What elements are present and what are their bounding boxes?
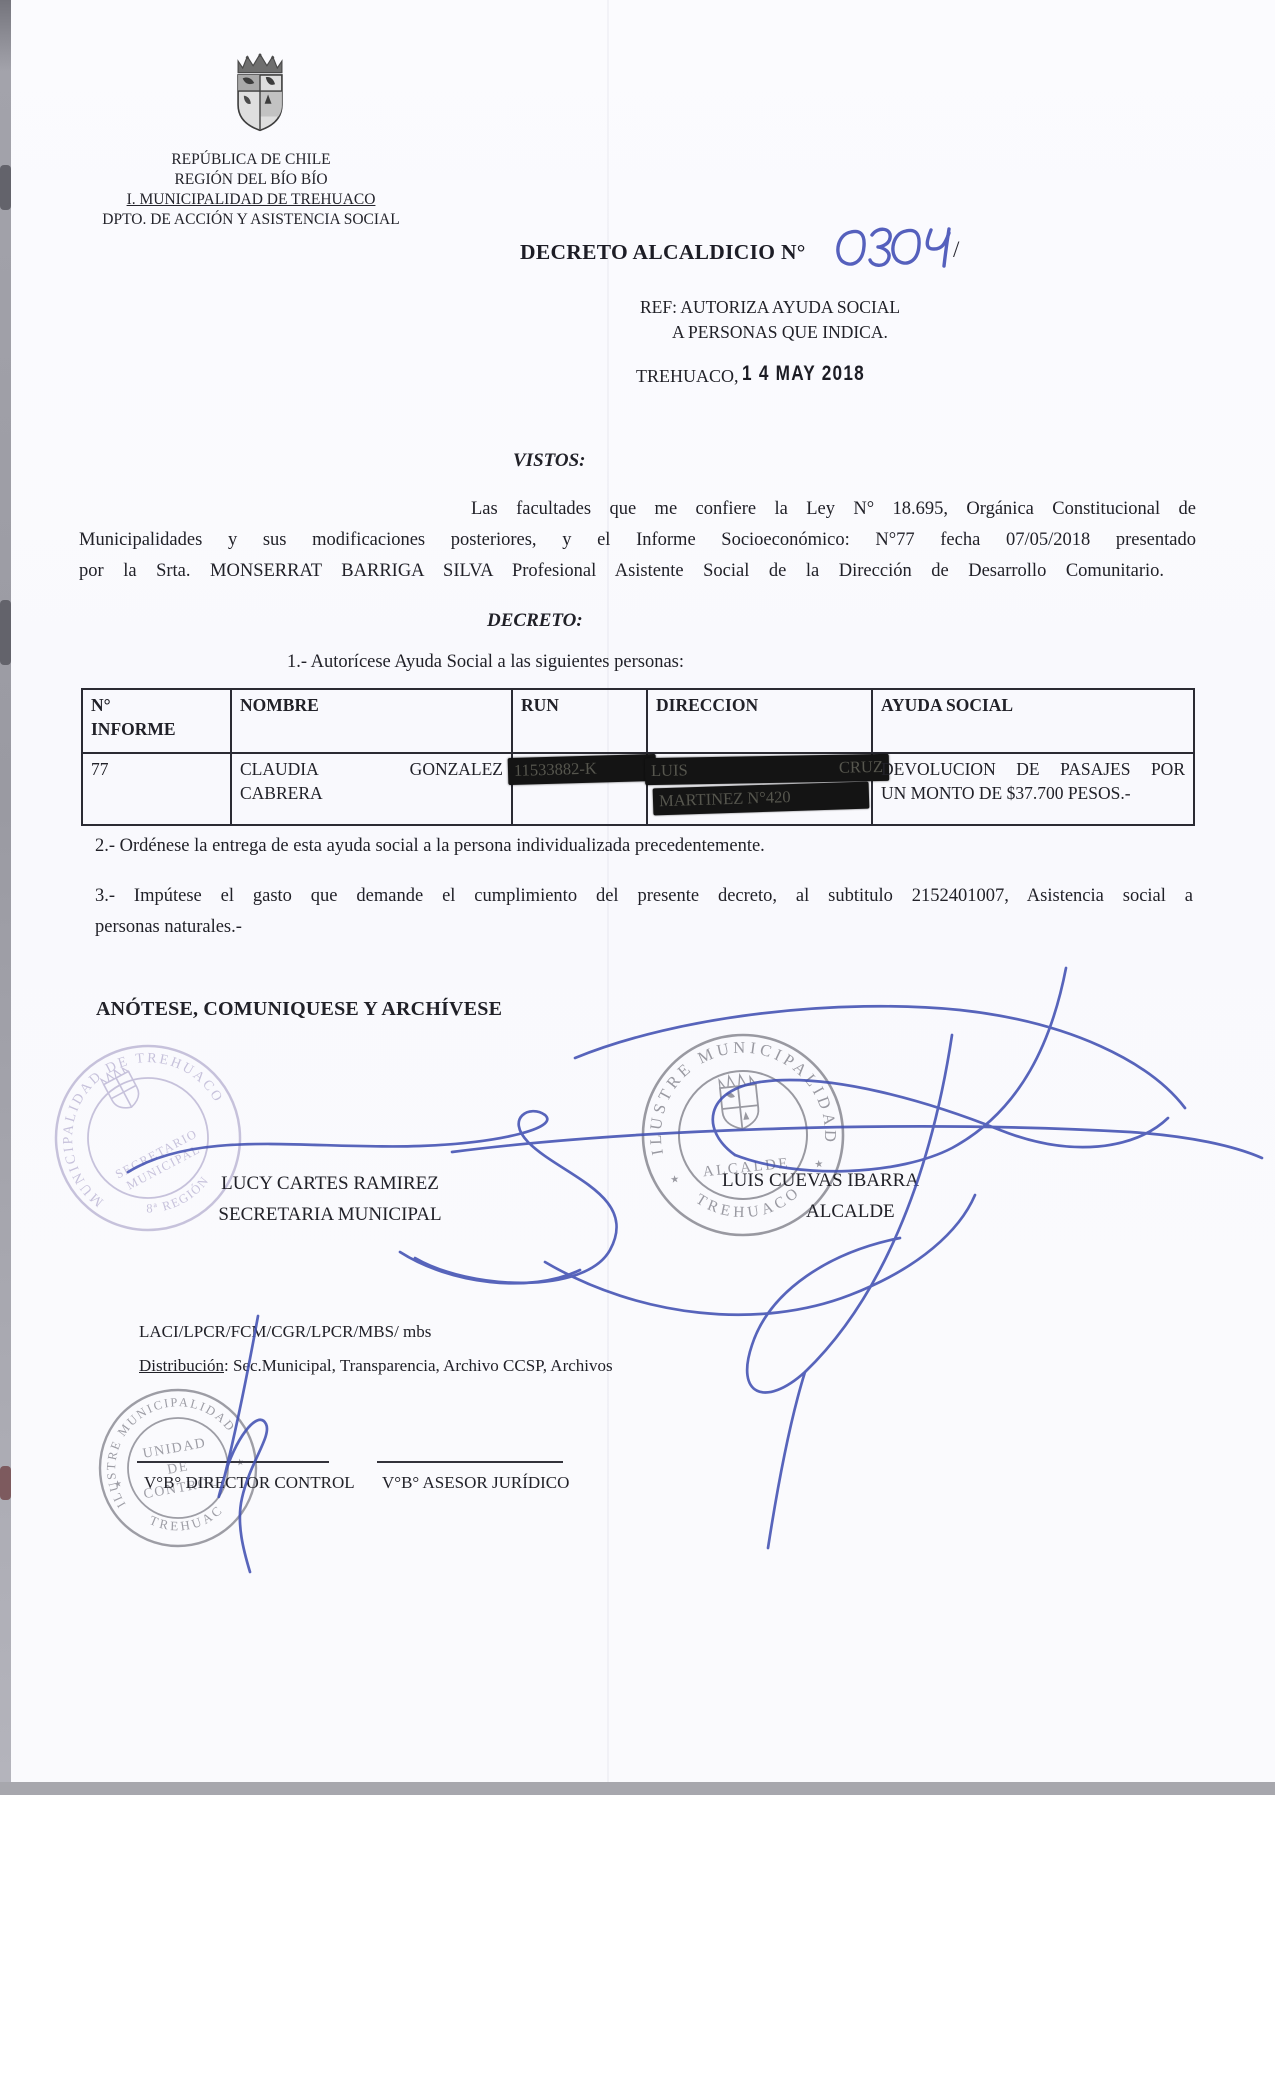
control-stamp-star-left: ★ [113, 1478, 123, 1489]
vb-director-control-label: V°B° DIRECTOR CONTROL [144, 1473, 355, 1493]
secretaria-role: SECRETARIA MUNICIPAL [145, 1199, 515, 1230]
direccion-redaction-bar-2: MARTINEZ N°420 [653, 782, 870, 816]
alcalde-stamp-star-left: ★ [670, 1174, 680, 1186]
control-stamp-line-1: UNIDAD [142, 1436, 208, 1462]
decree-number-slash: / [953, 237, 959, 263]
article-3-line-1: 3.- Impútese el gasto que demande el cum… [95, 886, 1193, 907]
distribution-line: Distribución: Sec.Municipal, Transparenc… [139, 1356, 613, 1376]
ayuda-line-1: DEVOLUCION DE PASAJES POR [881, 757, 1185, 781]
asesor-juridico-signature-line [377, 1461, 563, 1463]
unidad-control-stamp: ILUSTRE MUNICIPALIDAD UNIDAD DE CONTROL … [88, 1378, 268, 1558]
alcalde-stamp-star-right: ★ [814, 1159, 824, 1171]
svg-text:ILUSTRE MUNICIPALIDAD: ILUSTRE MUNICIPALIDAD [636, 1028, 842, 1166]
chile-coat-of-arms-icon [230, 53, 290, 143]
vistos-paragraph-line: por la Srta. MONSERRAT BARRIGA SILVA Pro… [79, 556, 1164, 587]
reference-line-2: A PERSONAS QUE INDICA. [672, 322, 888, 343]
vistos-heading: VISTOS: [513, 450, 586, 472]
header-direccion: DIRECCION [647, 689, 872, 753]
control-stamp-arc-bottom: TREHUACO [88, 1378, 229, 1549]
direccion-redaction-bar-1: LUIS CRUZ [645, 754, 889, 785]
header-nombre: NOMBRE [231, 689, 512, 753]
cell-nombre: CLAUDIA GONZALEZ CABRERA [231, 753, 512, 825]
closing-formula: ANÓTESE, COMUNIQUESE Y ARCHÍVESE [96, 998, 502, 1021]
director-control-signature-line [137, 1461, 329, 1463]
letterhead: REPÚBLICA DE CHILE REGIÓN DEL BÍO BÍO I.… [85, 150, 417, 230]
cell-informe: 77 [82, 753, 231, 825]
table-header-row: N° INFORME NOMBRE RUN DIRECCION AYUDA SO… [82, 689, 1194, 753]
header-run: RUN [512, 689, 647, 753]
reference-line-1: REF: AUTORIZA AYUDA SOCIAL [640, 297, 900, 318]
letterhead-department: DPTO. DE ACCIÓN Y ASISTENCIA SOCIAL [85, 210, 417, 230]
article-2: 2.- Ordénese la entrega de esta ayuda so… [95, 836, 765, 857]
beneficiaries-table: N° INFORME NOMBRE RUN DIRECCION AYUDA SO… [81, 688, 1195, 826]
nombre-line-2: CABRERA [240, 781, 503, 805]
scan-edge-artifact [0, 600, 11, 665]
cell-ayuda-social: DEVOLUCION DE PASAJES POR UN MONTO DE $3… [872, 753, 1194, 825]
responsibility-initials: LACI/LPCR/FCM/CGR/LPCR/MBS/ mbs [139, 1322, 431, 1342]
letterhead-municipality: I. MUNICIPALIDAD DE TREHUACO [85, 190, 417, 210]
scan-left-edge [0, 0, 11, 1784]
nombre-line-1: CLAUDIA GONZALEZ [240, 757, 503, 781]
cell-run: 11533882-K [512, 753, 647, 825]
header-n-informe: N° INFORME [82, 689, 231, 753]
dateline-place: TREHUACO, [636, 366, 739, 387]
distribution-value: : Sec.Municipal, Transparencia, Archivo … [224, 1356, 613, 1375]
vb-asesor-juridico-label: V°B° ASESOR JURÍDICO [382, 1473, 569, 1493]
alcalde-name: LUIS CUEVAS IBARRA [722, 1170, 919, 1192]
scanned-document-page: REPÚBLICA DE CHILE REGIÓN DEL BÍO BÍO I.… [0, 0, 1275, 2100]
handwritten-decree-number [831, 221, 963, 275]
scan-bottom-edge [0, 1782, 1275, 1795]
letterhead-country: REPÚBLICA DE CHILE [85, 150, 417, 170]
direccion-redacted-left: LUIS [651, 757, 688, 785]
svg-text:TREHUACO: TREHUACO [88, 1378, 229, 1549]
scan-paper-area: REPÚBLICA DE CHILE REGIÓN DEL BÍO BÍO I.… [0, 0, 1275, 1784]
vistos-paragraph-line: Municipalidades y sus modificaciones pos… [79, 525, 1196, 556]
run-redaction-bar: 11533882-K [508, 754, 657, 785]
article-1: 1.- Autorícese Ayuda Social a las siguie… [287, 652, 684, 673]
distribution-label: Distribución [139, 1356, 224, 1375]
signature-block-secretaria: LUCY CARTES RAMIREZ SECRETARIA MUNICIPAL [145, 1168, 515, 1230]
scan-edge-artifact [0, 1466, 11, 1500]
header-ayuda-social: AYUDA SOCIAL [872, 689, 1194, 753]
article-3-line-2: personas naturales.- [95, 917, 242, 938]
decreto-heading: DECRETO: [487, 610, 583, 632]
cell-direccion: LUIS CRUZ MARTINEZ N°420 [647, 753, 872, 825]
ayuda-line-2: UN MONTO DE $37.700 PESOS.- [881, 781, 1185, 805]
scan-edge-artifact [0, 165, 11, 210]
secretaria-name: LUCY CARTES RAMIREZ [145, 1168, 515, 1199]
alcalde-stamp-arc-top: ILUSTRE MUNICIPALIDAD [636, 1028, 842, 1166]
date-stamp: 1 4 MAY 2018 [742, 362, 865, 386]
letterhead-region: REGIÓN DEL BÍO BÍO [85, 170, 417, 190]
vistos-paragraph-line: Las facultades que me confiere la Ley N°… [79, 494, 1196, 525]
alcalde-role: ALCALDE [806, 1201, 895, 1223]
decree-title: DECRETO ALCALDICIO N° [520, 240, 806, 265]
table-row: 77 CLAUDIA GONZALEZ CABRERA 11533882-K L… [82, 753, 1194, 825]
